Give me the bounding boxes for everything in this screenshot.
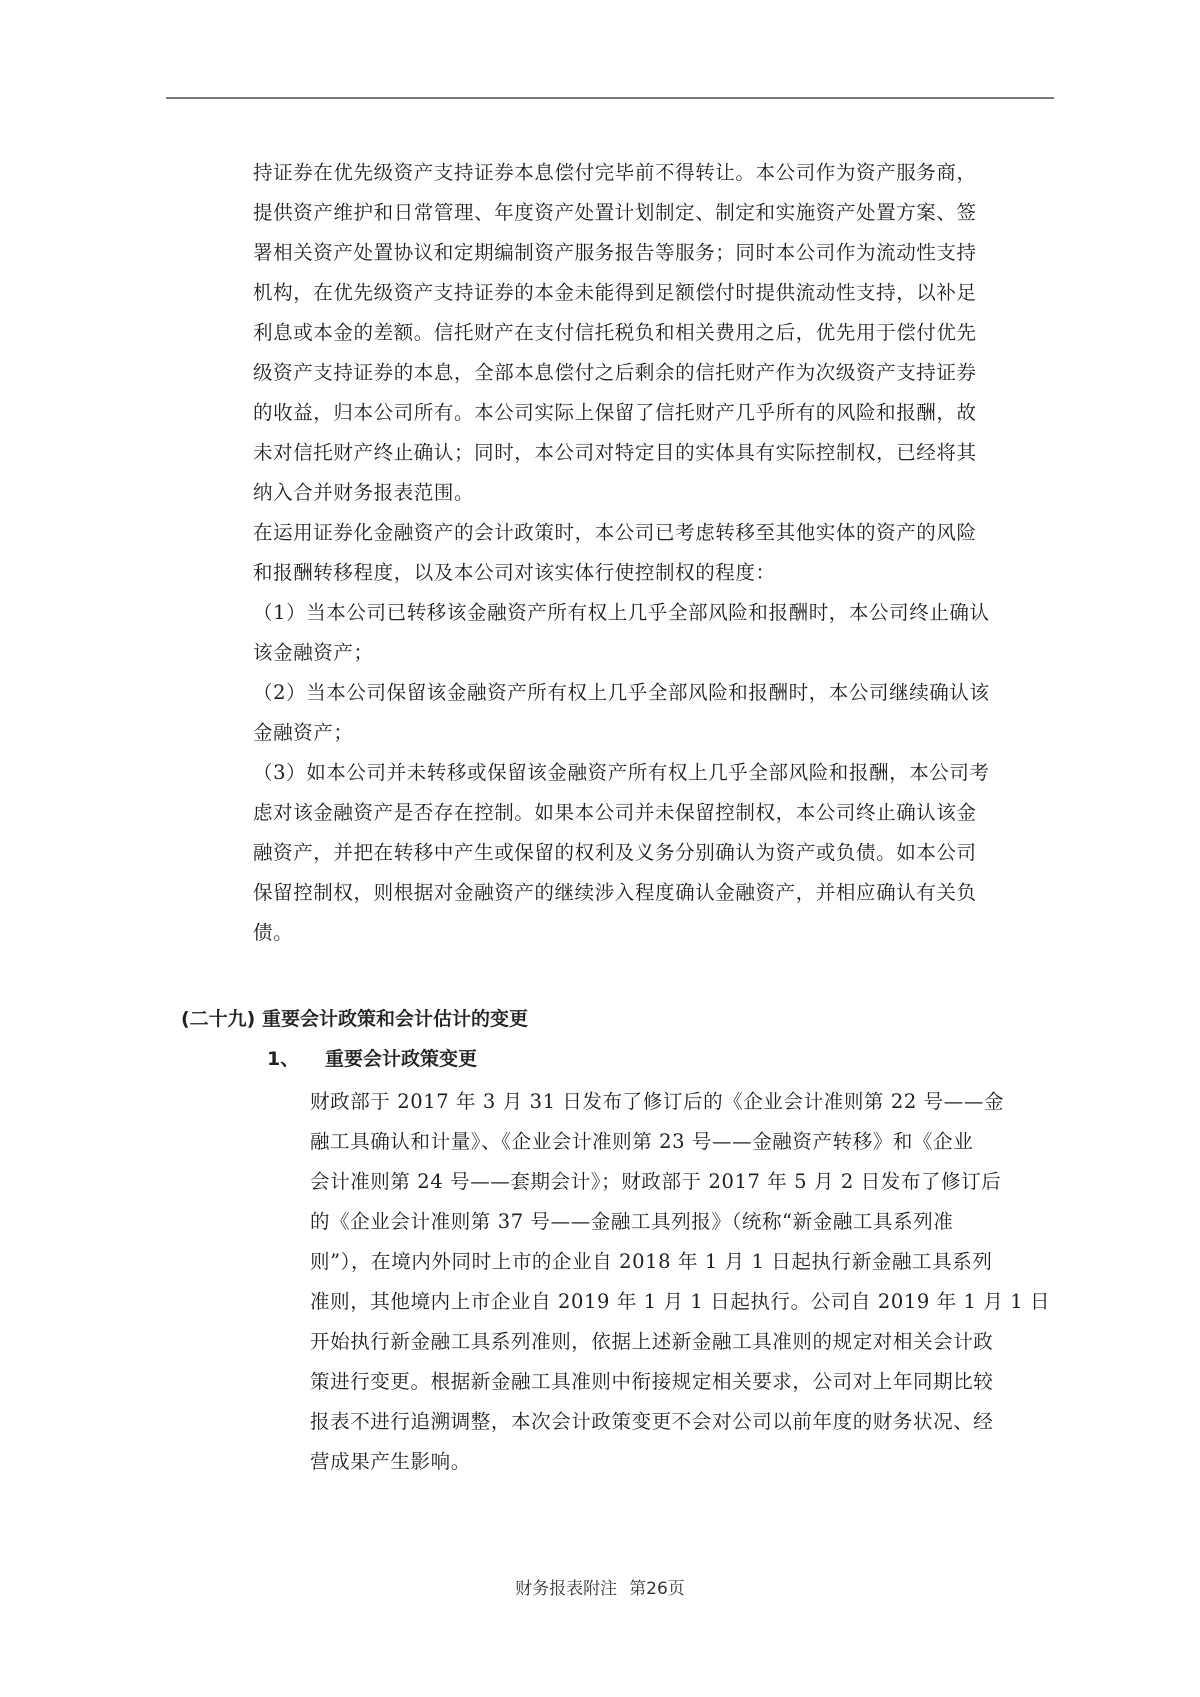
subsection-number: 1、: [267, 1044, 325, 1071]
text-line: 持证券在优先级资产支持证券本息偿付完毕前不得转让。本公司作为资产服务商，: [253, 153, 1023, 193]
list-item-3-line: 融资产，并把在转移中产生或保留的权利及义务分别确认为资产或负债。如本公司: [253, 833, 1023, 873]
header-rule: [166, 97, 1054, 99]
footer-label: 财务报表附注: [515, 1579, 617, 1599]
continued-paragraph: 持证券在优先级资产支持证券本息偿付完毕前不得转让。本公司作为资产服务商， 提供资…: [253, 153, 1023, 953]
text-line: 开始执行新金融工具系列准则，依据上述新金融工具准则的规定对相关会计政: [310, 1322, 1020, 1362]
list-item-1-line: 该金融资产；: [253, 633, 1023, 673]
text-line: 则”），在境内外同时上市的企业自 2018 年 1 月 1 日起执行新金融工具系…: [310, 1242, 1020, 1282]
subsection-heading: 1、重要会计政策变更: [267, 1044, 477, 1071]
subsection-title: 重要会计政策变更: [325, 1048, 477, 1070]
list-item-1-line: （1）当本公司已转移该金融资产所有权上几乎全部风险和报酬时，本公司终止确认: [253, 593, 1023, 633]
text-line: 署相关资产处置协议和定期编制资产服务报告等服务；同时本公司作为流动性支持: [253, 233, 1023, 273]
text-line: 在运用证券化金融资产的会计政策时，本公司已考虑转移至其他实体的资产的风险: [253, 513, 1023, 553]
text-line: 融工具确认和计量》、《企业会计准则第 23 号——金融资产转移》和《企业: [310, 1122, 1020, 1162]
text-line: 机构，在优先级资产支持证券的本金未能得到足额偿付时提供流动性支持，以补足: [253, 273, 1023, 313]
text-line: 提供资产维护和日常管理、年度资产处置计划制定、制定和实施资产处置方案、签: [253, 193, 1023, 233]
list-item-2-line: （2）当本公司保留该金融资产所有权上几乎全部风险和报酬时，本公司继续确认该: [253, 673, 1023, 713]
page-footer: 财务报表附注第26页: [0, 1574, 1200, 1599]
list-item-3-line: 保留控制权，则根据对金融资产的继续涉入程度确认金融资产，并相应确认有关负: [253, 873, 1023, 913]
policy-change-paragraph: 财政部于 2017 年 3 月 31 日发布了修订后的《企业会计准则第 22 号…: [310, 1082, 1020, 1482]
text-line: 利息或本金的差额。信托财产在支付信托税负和相关费用之后，优先用于偿付优先: [253, 313, 1023, 353]
list-item-3-line: 债。: [253, 913, 1023, 953]
text-line: 会计准则第 24 号——套期会计》；财政部于 2017 年 5 月 2 日发布了…: [310, 1162, 1020, 1202]
text-line: 营成果产生影响。: [310, 1442, 1020, 1482]
list-item-2-line: 金融资产；: [253, 713, 1023, 753]
text-line: 未对信托财产终止确认；同时，本公司对特定目的实体具有实际控制权，已经将其: [253, 433, 1023, 473]
text-line: 纳入合并财务报表范围。: [253, 473, 1023, 513]
text-line: 的收益，归本公司所有。本公司实际上保留了信托财产几乎所有的风险和报酬，故: [253, 393, 1023, 433]
text-line: 财政部于 2017 年 3 月 31 日发布了修订后的《企业会计准则第 22 号…: [310, 1082, 1020, 1122]
text-line: 的《企业会计准则第 37 号——金融工具列报》（统称“新金融工具系列准: [310, 1202, 1020, 1242]
section-heading: (二十九) 重要会计政策和会计估计的变更: [181, 1004, 528, 1031]
text-line: 和报酬转移程度，以及本公司对该实体行使控制权的程度：: [253, 553, 1023, 593]
text-line: 策进行变更。根据新金融工具准则中衔接规定相关要求，公司对上年同期比较: [310, 1362, 1020, 1402]
list-item-3-line: （3）如本公司并未转移或保留该金融资产所有权上几乎全部风险和报酬，本公司考: [253, 753, 1023, 793]
text-line: 准则，其他境内上市企业自 2019 年 1 月 1 日起执行。公司自 2019 …: [310, 1282, 1020, 1322]
text-line: 级资产支持证券的本息，全部本息偿付之后剩余的信托财产作为次级资产支持证券: [253, 353, 1023, 393]
list-item-3-line: 虑对该金融资产是否存在控制。如果本公司并未保留控制权，本公司终止确认该金: [253, 793, 1023, 833]
text-line: 报表不进行追溯调整，本次会计政策变更不会对公司以前年度的财务状况、经: [310, 1402, 1020, 1442]
page-number: 第26页: [629, 1579, 685, 1599]
